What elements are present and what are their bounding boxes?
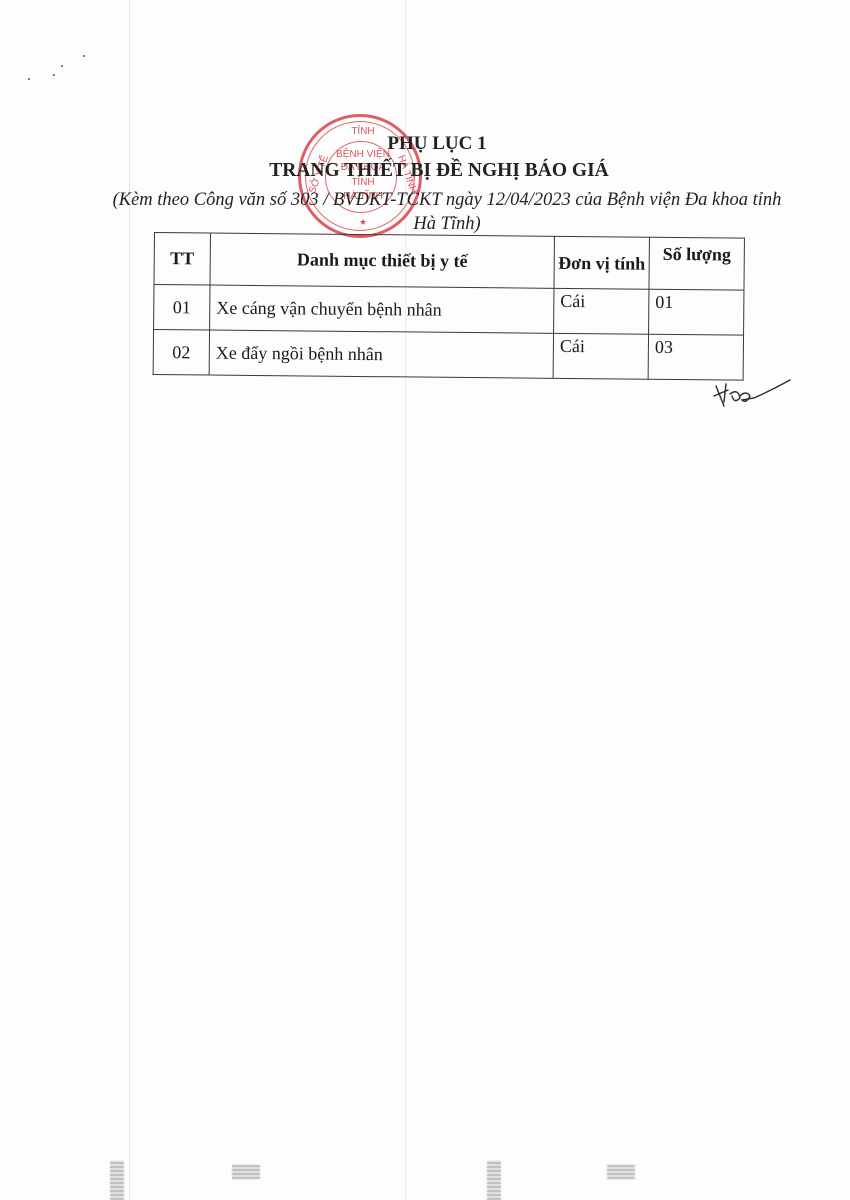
header-name: Danh mục thiết bị y tế [210,233,554,288]
scan-artifact [232,1165,260,1179]
signature-initials [712,378,792,410]
cell-tt: 01 [154,285,210,331]
header-qty: Số lượng [649,237,744,290]
table-header-row: TT Danh mục thiết bị y tế Đơn vị tính Số… [154,233,744,291]
table-row: 02 Xe đẩy ngồi bệnh nhân Cái 03 [153,330,743,381]
cell-unit: Cái [554,288,649,334]
scan-artifact [487,1160,501,1200]
cell-name: Xe đẩy ngồi bệnh nhân [209,330,553,378]
table-row: 01 Xe cáng vận chuyển bệnh nhân Cái 01 [154,285,744,336]
cell-name: Xe cáng vận chuyển bệnh nhân [210,285,554,333]
scan-artifact [607,1165,635,1179]
scan-speck [53,74,55,76]
scan-speck [83,55,85,57]
header-tt: TT [154,233,210,286]
cell-tt: 02 [153,330,209,376]
equipment-table-wrapper: TT Danh mục thiết bị y tế Đơn vị tính Số… [153,232,745,381]
document-reference: (Kèm theo Công văn số 303 / BVĐKT-TCKT n… [112,188,782,236]
scan-artifact [110,1160,124,1200]
document-title: PHỤ LỤC 1 [12,133,850,155]
equipment-table: TT Danh mục thiết bị y tế Đơn vị tính Số… [153,232,745,381]
document-subtitle: TRANG THIẾT BỊ ĐỀ NGHỊ BÁO GIÁ [14,160,850,182]
cell-qty: 03 [648,334,743,380]
header-unit: Đơn vị tính [554,236,649,289]
scan-speck [61,65,63,67]
scan-speck [28,78,30,80]
cell-unit: Cái [553,333,648,379]
cell-qty: 01 [649,289,744,335]
